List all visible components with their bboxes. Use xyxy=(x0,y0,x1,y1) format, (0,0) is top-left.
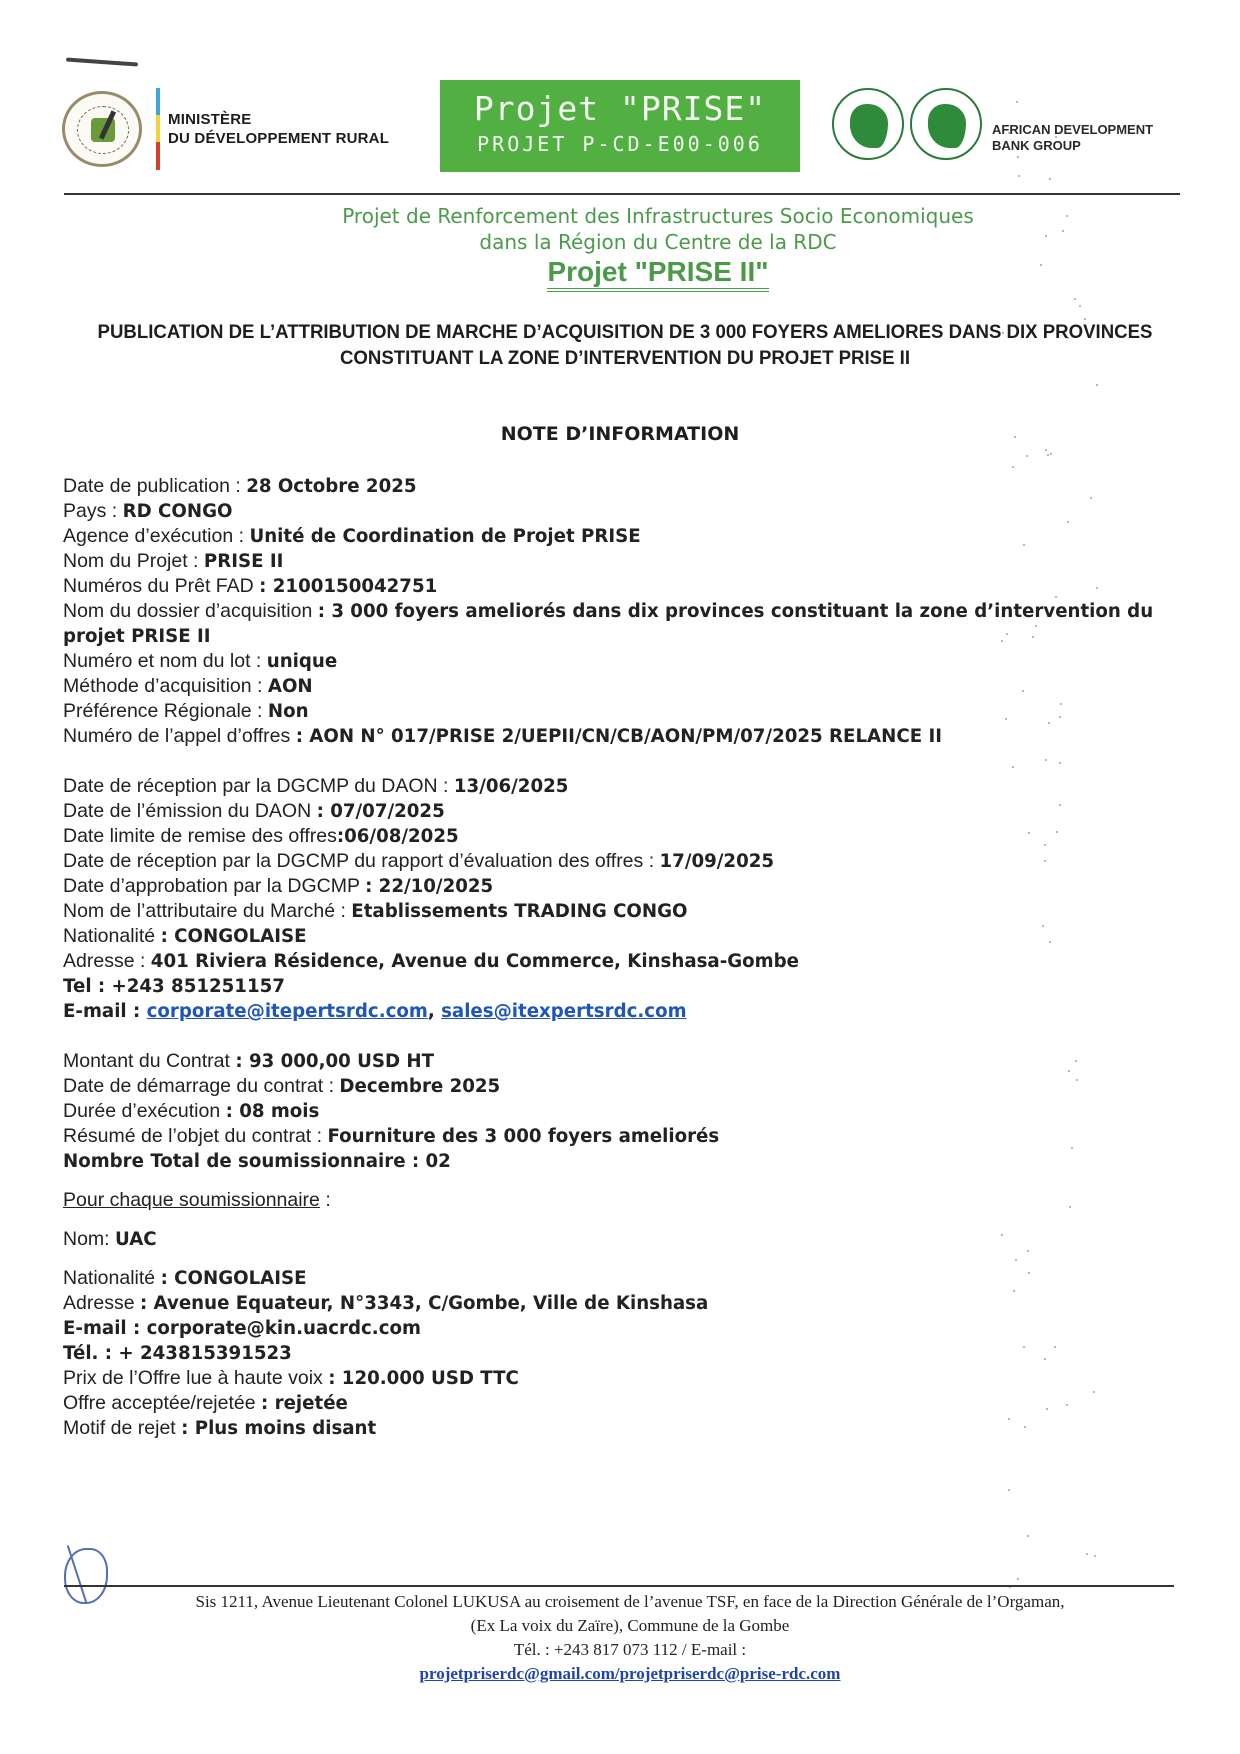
info-row: Méthode d’acquisition : AON xyxy=(63,674,1183,699)
dates-section: Date de réception par la DGCMP du DAON :… xyxy=(63,774,1183,974)
email-link-sales[interactable]: sales@itexpertsrdc.com xyxy=(441,1001,686,1022)
project-logo-title: Projet "PRISE" xyxy=(440,88,800,130)
bidder-row: Motif de rejet : Plus moins disant xyxy=(63,1416,1183,1441)
afdb-line2: BANK GROUP xyxy=(992,138,1153,154)
info-row: Date de réception par la DGCMP du rappor… xyxy=(63,849,1183,874)
bidder-fields-2: Prix de l’Offre lue à haute voix : 120.0… xyxy=(63,1366,1183,1441)
total-bidders: Nombre Total de soumissionnaire : 02 xyxy=(63,1149,1183,1174)
info-row: Nom du dossier d’acquisition : 3 000 foy… xyxy=(63,599,1183,649)
bidder-row: Nationalité : CONGOLAISE xyxy=(63,1266,1183,1291)
email-link-corporate[interactable]: corporate@itepertsrdc.com xyxy=(147,1001,428,1022)
info-row: Nom du Projet : PRISE II xyxy=(63,549,1183,574)
info-row: Montant du Contrat : 93 000,00 USD HT xyxy=(63,1049,1183,1074)
info-row: Résumé de l’objet du contrat : Fournitur… xyxy=(63,1124,1183,1149)
contract-section: Montant du Contrat : 93 000,00 USD HTDat… xyxy=(63,1049,1183,1149)
bidder-fields: Nationalité : CONGOLAISEAdresse : Avenue… xyxy=(63,1266,1183,1316)
footer-address: Sis 1211, Avenue Lieutenant Colonel LUKU… xyxy=(80,1590,1180,1686)
afdb-line1: AFRICAN DEVELOPMENT xyxy=(992,122,1153,138)
general-info-section: Date de publication : 28 Octobre 2025Pay… xyxy=(63,474,1183,749)
awardee-tel: Tel : +243 851251157 xyxy=(63,974,1183,999)
afdb-block: AFRICAN DEVELOPMENT BANK GROUP xyxy=(832,88,1153,160)
scan-mark xyxy=(66,57,138,66)
ministry-line2: DU DÉVELOPPEMENT RURAL xyxy=(168,129,389,148)
info-row: Préférence Régionale : Non xyxy=(63,699,1183,724)
project-prise-logo: Projet "PRISE" PROJET P-CD-E00-006 xyxy=(440,80,800,172)
project-full-name-line1: Projet de Renforcement des Infrastructur… xyxy=(38,203,1240,229)
project-title: Projet "PRISE II" xyxy=(38,255,1240,289)
bidder-tel: Tél. : + 243815391523 xyxy=(63,1341,1183,1366)
info-row: Pays : RD CONGO xyxy=(63,499,1183,524)
flag-color-bar xyxy=(156,88,160,170)
bidder-email: E-mail : corporate@kin.uacrdc.com xyxy=(63,1316,1183,1341)
info-row: Adresse : 401 Riviera Résidence, Avenue … xyxy=(63,949,1183,974)
ministry-name: MINISTÈRE DU DÉVELOPPEMENT RURAL xyxy=(168,110,389,148)
ministry-line1: MINISTÈRE xyxy=(168,110,389,129)
afdb-africa-logo-icon xyxy=(832,88,904,160)
drc-government-seal-icon xyxy=(62,91,142,167)
info-row: Numéros du Prêt FAD : 2100150042751 xyxy=(63,574,1183,599)
info-row: Numéro de l’appel d’offres : AON N° 017/… xyxy=(63,724,1183,749)
info-row: Date de publication : 28 Octobre 2025 xyxy=(63,474,1183,499)
project-title-text: Projet "PRISE II" xyxy=(547,256,768,292)
document-body: Date de publication : 28 Octobre 2025Pay… xyxy=(63,474,1183,1441)
bidder-row: Prix de l’Offre lue à haute voix : 120.0… xyxy=(63,1366,1183,1391)
project-full-name-line2: dans la Région du Centre de la RDC xyxy=(38,229,1240,255)
info-row: Date limite de remise des offres:06/08/2… xyxy=(63,824,1183,849)
afdb-africa-logo-icon xyxy=(910,88,982,160)
info-row: Numéro et nom du lot : unique xyxy=(63,649,1183,674)
footer-line2: (Ex La voix du Zaïre), Commune de la Gom… xyxy=(80,1614,1180,1638)
bidder-row: Offre acceptée/rejetée : rejetée xyxy=(63,1391,1183,1416)
footer-divider xyxy=(64,1585,1174,1587)
info-row: Date de réception par la DGCMP du DAON :… xyxy=(63,774,1183,799)
info-row: Durée d’exécution : 08 mois xyxy=(63,1099,1183,1124)
footer-line1: Sis 1211, Avenue Lieutenant Colonel LUKU… xyxy=(80,1590,1180,1614)
footer-line3: Tél. : +243 817 073 112 / E-mail : xyxy=(80,1638,1180,1662)
bidders-heading: Pour chaque soumissionnaire : xyxy=(63,1188,1183,1213)
afdb-name: AFRICAN DEVELOPMENT BANK GROUP xyxy=(992,122,1153,154)
info-row: Agence d’exécution : Unité de Coordinati… xyxy=(63,524,1183,549)
bidder-name: Nom: UAC xyxy=(63,1227,1183,1252)
info-row: Date d’approbation par la DGCMP : 22/10/… xyxy=(63,874,1183,899)
info-row: Nom de l’attributaire du Marché : Etabli… xyxy=(63,899,1183,924)
publication-heading: PUBLICATION DE L’ATTRIBUTION DE MARCHE D… xyxy=(71,320,1178,372)
bidder-row: Adresse : Avenue Equateur, N°3343, C/Gom… xyxy=(63,1291,1183,1316)
footer-email-link[interactable]: projetpriserdc@gmail.com/projetpriserdc@… xyxy=(420,1664,841,1683)
project-logo-code: PROJET P-CD-E00-006 xyxy=(440,130,800,158)
awardee-email: E-mail : corporate@itepertsrdc.com, sale… xyxy=(63,999,1183,1024)
info-row: Date de démarrage du contrat : Decembre … xyxy=(63,1074,1183,1099)
info-row: Date de l’émission du DAON : 07/07/2025 xyxy=(63,799,1183,824)
note-title: NOTE D’INFORMATION xyxy=(0,423,1240,445)
ministry-block: MINISTÈRE DU DÉVELOPPEMENT RURAL xyxy=(62,88,389,170)
info-row: Nationalité : CONGOLAISE xyxy=(63,924,1183,949)
header-divider xyxy=(64,193,1180,195)
